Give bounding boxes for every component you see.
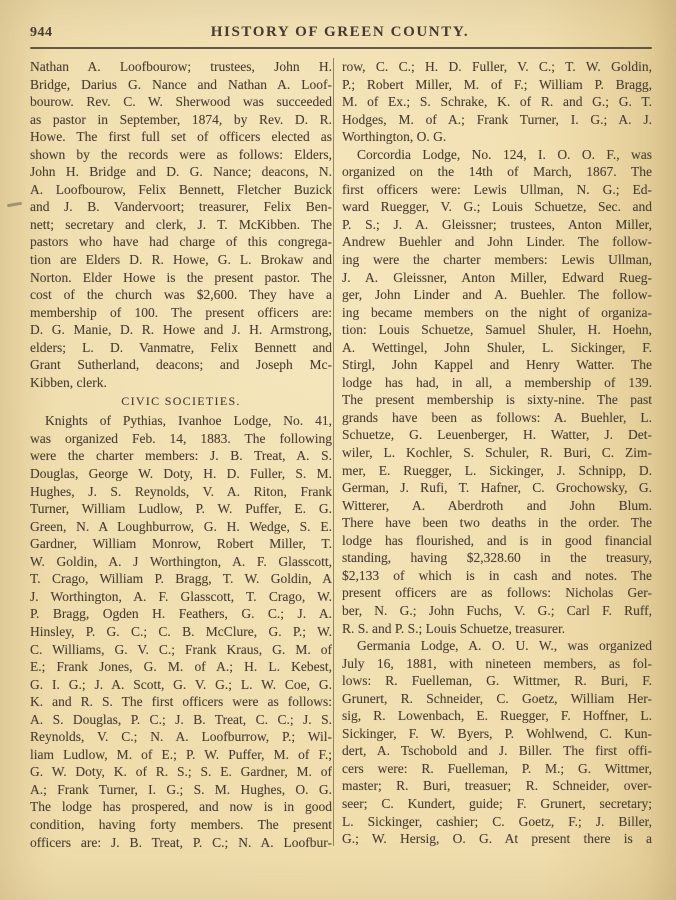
text-line: Hodges, M. of A.; Frank Turner, I. G.; A… — [342, 111, 652, 129]
text-line: pastors who have had charge of this cong… — [30, 233, 332, 251]
text-line: P.; Robert Miller, M. of F.; William P. … — [342, 76, 652, 94]
page-header: 944 HISTORY OF GREEN COUNTY. — [30, 24, 650, 44]
text-line: Douglas, George W. Doty, H. D. Fuller, S… — [30, 465, 332, 483]
text-line: K. and R. S. The first officers were as … — [30, 693, 332, 711]
text-line: Witterer, A. Aberdroth and John Blum. — [342, 497, 652, 515]
text-line: mer, E. Ruegger, L. Sickinger, J. Schnip… — [342, 462, 652, 480]
text-line: T. Crago, William P. Bragg, T. W. Goldin… — [30, 570, 332, 588]
text-line: standing, having $2,328.60 in the treasu… — [342, 549, 652, 567]
text-line: July 16, 1881, with nineteen members, as… — [342, 655, 652, 673]
text-line: tion: Louis Schuetze, Samuel Shuler, H. … — [342, 321, 652, 339]
text-line: ber, N. G.; John Fuchs, V. G.; Carl F. R… — [342, 602, 652, 620]
text-line: Stirgl, John Kappel and Henry Watter. Th… — [342, 356, 652, 374]
text-line: organized on the 14th of March, 1867. Th… — [342, 163, 652, 181]
text-line: Corcordia Lodge, No. 124, I. O. O. F., w… — [342, 146, 652, 164]
text-line: shown by the records were as follows: El… — [30, 146, 332, 164]
text-line: Turner, William Ludlow, P. W. Puffer, E.… — [30, 500, 332, 518]
text-line: P. S.; J. A. Gleissner; trustees, Anton … — [342, 216, 652, 234]
text-line: Schuetze, G. Leuenberger, H. Watter, J. … — [342, 426, 652, 444]
text-line: L. Sickinger, cashier; C. Goetz, F.; J. … — [342, 813, 652, 831]
text-line: first officers were: Lewis Ullman, N. G.… — [342, 181, 652, 199]
text-line: ger, John Linder and A. Buehler. The fol… — [342, 286, 652, 304]
text-line: grands have been as follows: A. Buehler,… — [342, 409, 652, 427]
text-line: nett; secretary and clerk, J. T. McKibbe… — [30, 216, 332, 234]
text-line: Hinsley, P. G. C.; C. B. McClure, G. P.;… — [30, 623, 332, 641]
text-line: M. of Ex.; S. Schrake, K. of R. and G.; … — [342, 93, 652, 111]
text-line: R. S. and P. S.; Louis Schuetze, treasur… — [342, 620, 652, 638]
text-line: $2,133 of which is in cash and notes. Th… — [342, 567, 652, 585]
text-line: Nathan A. Loofbourow; trustees, John H. — [30, 58, 332, 76]
text-line: Sickinger, F. W. Byers, P. Wohlwend, C. … — [342, 725, 652, 743]
text-line: elders; L. D. Vanmatre, Felix Bennett an… — [30, 339, 332, 357]
text-line: Norton. Elder Howe is the present pastor… — [30, 269, 332, 287]
text-line: A. Wettingel, John Shuler, L. Sickinger,… — [342, 339, 652, 357]
text-line: G.; W. Hersig, O. G. At present there is… — [342, 830, 652, 848]
text-line: ward Ruegger, V. G.; Louis Schuetze, Sec… — [342, 198, 652, 216]
header-rule — [30, 47, 652, 49]
text-line: Green, N. A Loughburrow, G. H. Wedge, S.… — [30, 518, 332, 536]
text-line: J. A. Gleissner, Anton Miller, Edward Ru… — [342, 269, 652, 287]
text-line: sig, R. Lowenbach, E. Ruegger, F. Hoffne… — [342, 707, 652, 725]
text-line: cers were: R. Fuelleman, P. M.; G. Wittm… — [342, 760, 652, 778]
section-heading: CIVIC SOCIETIES. — [30, 391, 332, 412]
text-line: ing were the charter members: Lewis Ullm… — [342, 251, 652, 269]
text-line: ing became members on the night of organ… — [342, 304, 652, 322]
text-line: liam Ludlow, M. of E.; P. W. Puffer, M. … — [30, 746, 332, 764]
text-line: condition, having forty members. The pre… — [30, 816, 332, 834]
text-line: were the charter members: J. B. Treat, A… — [30, 447, 332, 465]
book-page: 944 HISTORY OF GREEN COUNTY. Nathan A. L… — [0, 0, 676, 900]
text-line: John H. Bridge and D. G. Nance; deacons,… — [30, 163, 332, 181]
page-title: HISTORY OF GREEN COUNTY. — [120, 24, 560, 41]
text-line: J. Worthington, A. F. Glasscott, T. Crag… — [30, 588, 332, 606]
text-line: There have been two deaths in the order.… — [342, 514, 652, 532]
text-line: lows: R. Fuelleman, G. Wittmer, R. Buri,… — [342, 672, 652, 690]
text-line: Hughes, J. S. Reynolds, V. A. Riton, Fra… — [30, 483, 332, 501]
text-line: The lodge has prospered, and now is in g… — [30, 798, 332, 816]
text-line: wiler, L. Kochler, S. Schuler, R. Buri, … — [342, 444, 652, 462]
text-line: G. W. Doty, K. of R. S.; S. E. Gardner, … — [30, 763, 332, 781]
text-line: Gardner, William Monrow, Robert Miller, … — [30, 535, 332, 553]
text-line: A. Loofbourow, Felix Bennett, Fletcher B… — [30, 181, 332, 199]
text-line: Grant Sutherland, deacons; and Joseph Mc… — [30, 356, 332, 374]
pencil-mark — [7, 202, 22, 207]
text-line: membership of 100. The present officers … — [30, 304, 332, 322]
text-line: tion are Elders D. R. Howe, G. L. Brokaw… — [30, 251, 332, 269]
text-line: and J. B. Vandervoort; treasurer, Felix … — [30, 198, 332, 216]
text-line: G. I. G.; J. A. Scott, G. V. G.; L. W. C… — [30, 676, 332, 694]
text-line: Worthington, O. G. — [342, 128, 652, 146]
text-line: The present membership is sixty-nine. Th… — [342, 391, 652, 409]
text-line: Andrew Buehler and John Linder. The foll… — [342, 233, 652, 251]
text-line: Howe. The first full set of officers ele… — [30, 128, 332, 146]
text-line: cost of the church was $2,600. They have… — [30, 286, 332, 304]
text-line: Grunert, R. Schneider, C. Goetz, William… — [342, 690, 652, 708]
text-column-left: Nathan A. Loofbourow; trustees, John H.B… — [30, 58, 332, 851]
text-line: A. S. Douglas, P. C.; J. B. Treat, C. C.… — [30, 711, 332, 729]
text-line: Knights of Pythias, Ivanhoe Lodge, No. 4… — [30, 412, 332, 430]
text-line: lodge has had, in all, a membership of 1… — [342, 374, 652, 392]
text-column-right: row, C. C.; H. D. Fuller, V. C.; T. W. G… — [342, 58, 652, 848]
text-line: Kibben, clerk. — [30, 374, 332, 392]
text-line: Bridge, Darius G. Nance and Nathan A. Lo… — [30, 76, 332, 94]
text-line: Reynolds, V. C.; N. A. Loofburrow, P.; W… — [30, 728, 332, 746]
text-line: W. Goldin, A. J Worthington, A. F. Glass… — [30, 553, 332, 571]
page-number: 944 — [30, 25, 120, 41]
text-line: row, C. C.; H. D. Fuller, V. C.; T. W. G… — [342, 58, 652, 76]
text-line: bourow. Rev. C. W. Sherwood was succeede… — [30, 93, 332, 111]
text-line: officers are: J. B. Treat, P. C.; N. A. … — [30, 834, 332, 852]
text-line: Germania Lodge, A. O. U. W., was organiz… — [342, 637, 652, 655]
text-line: lodge has flourished, and is in good fin… — [342, 532, 652, 550]
text-line: as pastor in September, 1874, by Rev. D.… — [30, 111, 332, 129]
text-line: C. Williams, G. V. C.; Frank Kraus, G. M… — [30, 641, 332, 659]
text-line: master; R. Buri, treasuer; R. Schneider,… — [342, 777, 652, 795]
column-divider — [333, 58, 334, 846]
text-line: dert, A. Tschobold and J. Biller. The fi… — [342, 742, 652, 760]
text-line: A.; Frank Turner, I. G.; S. M. Hughes, O… — [30, 781, 332, 799]
text-line: seer; C. Kundert, guide; F. Grunert, sec… — [342, 795, 652, 813]
text-line: German, J. Rufi, T. Hafner, C. Grochowsk… — [342, 479, 652, 497]
text-line: P. Bragg, Ogden H. Feathers, G. C.; J. A… — [30, 605, 332, 623]
text-line: E.; Frank Jones, G. M. of A.; H. L. Kebe… — [30, 658, 332, 676]
text-line: was organized Feb. 14, 1883. The followi… — [30, 430, 332, 448]
text-line: present officers are as follows: Nichola… — [342, 584, 652, 602]
text-line: D. G. Manie, D. R. Howe and J. H. Armstr… — [30, 321, 332, 339]
